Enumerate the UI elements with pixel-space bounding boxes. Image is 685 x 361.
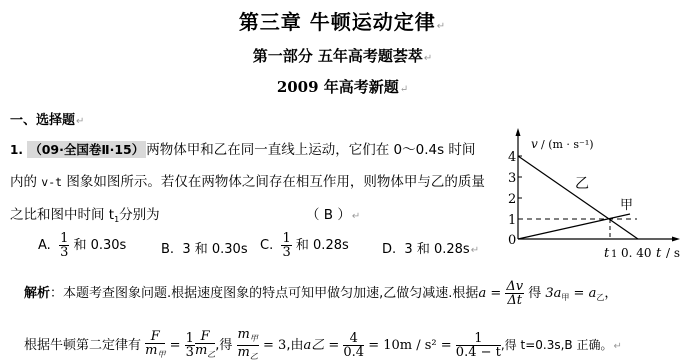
denominator: m乙 [195,344,215,361]
numerator: F [145,330,165,344]
option-letter: C. [260,238,273,253]
solution-text: 得 [524,286,545,301]
paragraph-mark-icon: ↵ [352,211,360,222]
fraction: Fm乙 [195,330,215,361]
formula-op: = [324,338,343,353]
numerator: F [195,330,215,344]
y-tick-label: 0 [508,233,516,248]
numerator-symbol: m [238,327,250,342]
paragraph-mark-icon: ↵ [613,341,621,352]
numerator: 1 [281,232,291,246]
label-jia: 甲 [620,198,633,213]
fraction: ΔvΔt [505,280,524,307]
x-tick-t1-sub: 1 [611,249,617,260]
paragraph-mark-icon: ↵ [400,84,408,95]
option-text: 和 0.28s [296,238,349,253]
subscript: 甲 [250,334,258,343]
y-tick-label: 1 [508,213,516,228]
formula-symbol: = a [569,286,596,301]
denominator: 0.4 [343,346,364,359]
solution-line-1: 解析：本题考查图象问题.根据速度图象的特点可知甲做匀加速,乙做匀减速.根据a =… [24,280,617,307]
y-axis-label-unit: / (m · s⁻¹) [541,138,594,151]
x-tick-t1: t [604,246,610,261]
y-axis-arrow-icon [516,128,521,136]
question-line-2: 内的 v-t 图象如图所示。若仅在两物体之间存在相互作用，则物体甲与乙的质量 [10,170,485,190]
part-title: 第一部分 五年高考题荟萃↵ [0,45,685,66]
option-value: 3 [404,242,412,257]
y-axis-label: v [531,137,538,151]
denominator: 0.4 − t [456,346,501,359]
solution-text: ,由 [286,338,303,353]
formula-op: = 3 [259,338,286,353]
x-axis-arrow-icon [672,237,680,242]
part-title-text: 第一部分 五年高考题荟萃 [253,47,423,65]
option-d: D. 3 和 0.28s↵ [382,238,479,257]
numerator: 1 [59,232,69,246]
fraction: 13 [59,232,69,259]
denominator: m乙 [237,346,259,361]
option-text: 和 0.30s [195,242,248,257]
formula-symbol: a乙 [303,338,324,353]
denominator: 3 [59,246,69,259]
fraction: 10.4 − t [456,332,501,359]
y-tick-label: 2 [508,192,516,207]
denominator: m甲 [145,344,165,361]
numerator: 1 [185,332,195,346]
denominator: Δt [505,294,524,307]
formula-op: = [486,286,505,301]
subscript: 乙 [250,352,258,361]
formula-op: = 10m / s² = [364,338,456,353]
question-text: 内的 [10,174,41,190]
option-letter: A. [38,238,51,253]
solution-text: 根据牛顿第二定律有 [24,338,141,353]
label-yi: 乙 [575,176,589,192]
fraction: 13 [281,232,291,259]
option-letter: D. [382,242,396,257]
fraction: m甲m乙 [237,328,259,361]
line-jia [518,214,630,239]
denominator-symbol: m [238,345,250,360]
numerator: m甲 [237,328,259,346]
denominator-symbol: m [145,343,157,358]
solution-label: 解析 [24,286,50,301]
question-line-3: 之比和图中时间 t1分别为 （ B ）↵ [10,203,160,224]
option-value: 3 [182,242,190,257]
solution-line-2: 根据牛顿第二定律有 Fm甲 = 13Fm乙,得 m甲m乙 = 3,由a乙 = 4… [24,328,622,361]
question-text: 两物体甲和乙在同一直线上运动，它们在 0～0.4s 时间 [146,142,475,158]
denominator: 3 [281,246,291,259]
option-text: 和 0.30s [73,238,126,253]
question-text: 图象如图所示。若仅在两物体之间存在相互作用，则物体甲与乙的质量 [62,174,485,190]
solution-text: ， [604,286,617,301]
paragraph-mark-icon: ↵ [424,53,432,64]
solution-text: ,得 t=0.3s,B 正确。 [501,338,613,352]
option-letter: B. [161,242,174,257]
section-heading-text: 一、选择题 [10,113,75,128]
option-b: B. 3 和 0.30s [161,238,248,257]
vt-graph: 4 3 2 1 0 v / (m · s⁻¹) 乙 甲 t 1 0. 40 t … [500,125,685,265]
denominator: 3 [185,346,195,359]
year-title: 2009 年高考新题↵ [0,76,685,97]
paragraph-mark-icon: ↵ [437,21,446,32]
solution-text: ,得 [215,338,232,353]
question-number: 1. [10,143,23,157]
paragraph-mark-icon: ↵ [471,245,479,256]
answer-text: （ B ） [306,207,351,223]
x-axis-label: t [656,246,662,261]
numerator: Δv [505,280,524,294]
fraction: 13 [185,332,195,359]
fraction: 40.4 [343,332,364,359]
fraction: Fm甲 [145,330,165,361]
vt-term: v-t [41,175,62,189]
option-a: A. 13 和 0.30s [38,232,126,259]
paragraph-mark-icon: ↵ [76,116,84,127]
y-tick-label: 4 [508,150,516,165]
question-source: （09·全国卷Ⅱ·15） [27,141,146,158]
x-tick-040: 0. 40 [621,246,652,260]
answer-bracket: （ B ）↵ [306,203,360,223]
numerator: 1 [456,332,501,346]
option-c: C. 13 和 0.28s [260,232,349,259]
numerator: 4 [343,332,364,346]
option-text: 和 0.28s [417,242,470,257]
year-title-text: 2009 年高考新题 [277,78,399,96]
question-text: 分别为 [119,207,160,223]
chapter-title: 第三章 牛顿运动定律↵ [0,6,685,35]
section-heading: 一、选择题↵ [10,109,84,128]
x-axis-label-unit: / s [666,246,680,260]
solution-text: 本题考查图象问题.根据速度图象的特点可知甲做匀加速,乙做匀减速.根据 [63,286,478,301]
question-line-1: 1. （09·全国卷Ⅱ·15）两物体甲和乙在同一直线上运动，它们在 0～0.4s… [10,138,475,158]
colon: ： [50,286,63,301]
y-tick-label: 3 [508,171,516,186]
formula-symbol: 3a [545,286,561,301]
chapter-title-text: 第三章 牛顿运动定律 [239,10,436,34]
denominator-symbol: m [195,343,207,358]
formula-op: = [165,338,184,353]
question-text: 之比和图中时间 t [10,207,114,223]
